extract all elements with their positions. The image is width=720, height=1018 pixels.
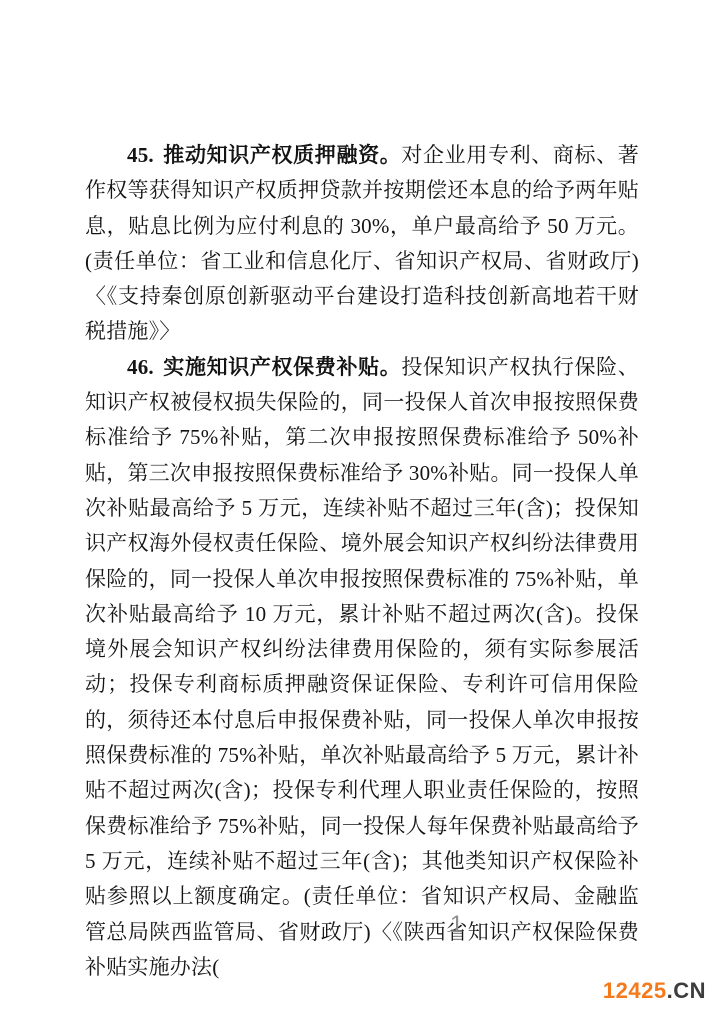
paragraph-body: 投保知识产权执行保险、知识产权被侵权损失保险的，同一投保人首次申报按照保费标准给…: [85, 355, 639, 979]
paragraph-number: 45.: [127, 143, 154, 167]
paragraph-heading: 推动知识产权质押融资。: [163, 143, 402, 167]
watermark-brand: 12425: [603, 978, 667, 1003]
paragraph-number: 46.: [127, 355, 154, 379]
page-number: 1: [450, 911, 463, 939]
document-page: 45.推动知识产权质押融资。对企业用专利、商标、著作权等获得知识产权质押贷款并按…: [0, 0, 720, 1018]
policy-paragraph: 46.实施知识产权保费补贴。投保知识产权执行保险、知识产权被侵权损失保险的，同一…: [85, 350, 639, 985]
policy-paragraph: 45.推动知识产权质押融资。对企业用专利、商标、著作权等获得知识产权质押贷款并按…: [85, 138, 639, 350]
paragraph-heading: 实施知识产权保费补贴。: [163, 355, 402, 379]
watermark-suffix: .CN: [667, 978, 706, 1003]
watermark: 12425.CN: [603, 980, 706, 1002]
paragraph-body: 对企业用专利、商标、著作权等获得知识产权质押贷款并按期偿还本息的给予两年贴息，贴…: [85, 143, 639, 343]
document-text-block: 45.推动知识产权质押融资。对企业用专利、商标、著作权等获得知识产权质押贷款并按…: [85, 138, 639, 985]
